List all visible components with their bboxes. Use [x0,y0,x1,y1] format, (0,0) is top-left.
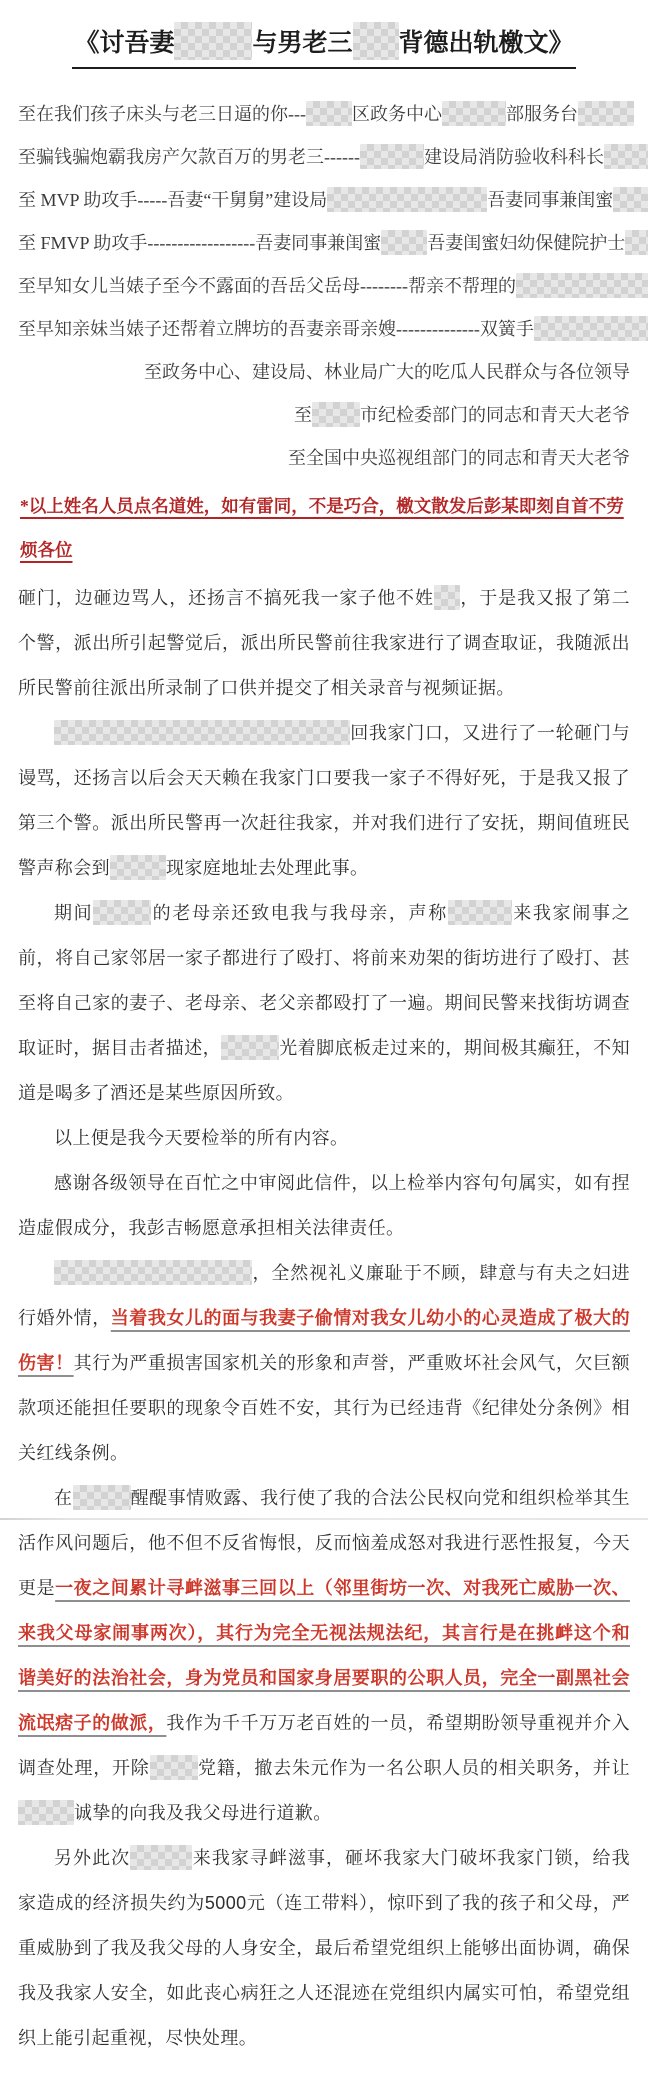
body-paragraph: 另外此次来我家寻衅滋事，砸坏我家大门破坏我家门锁，给我家造成的经济损失约为500… [18,1836,630,2061]
redacted-blur [174,22,252,60]
text-run: 砸门，边砸边骂人，还扬言不搞死我一家子他不姓 [18,588,434,608]
text-run: 部服务台 [506,104,578,124]
redacted-blur [93,900,151,925]
text-run: 背德出轨檄文》 [399,30,574,57]
text-run: 至早知女儿当婊子至今不露面的吾岳父岳母--------帮亲不帮理的 [18,276,516,296]
address-line: 至政务中心、建设局、林业局广大的吃瓜人民群众与各位领导 [18,351,630,394]
text-run: 现家庭地址去处理此事。 [166,858,368,878]
body-paragraph: 在醒醍事情败露、我行使了我的合法公民权向党和组织检举其生活作风问题后，他不但不反… [18,1476,630,1836]
text-run: 诚挚的向我及我父母进行道歉。 [74,1803,332,1823]
address-line: 至 MVP 助攻手-----吾妻“干舅舅”建设局吾妻同事兼闺蜜 [18,179,630,222]
redacted-blur [312,402,360,427]
text-run: 至骗钱骗炮霸我房产欠款百万的男老三------ [18,147,360,167]
address-line: 至全国中央巡视组部门的同志和青天大老爷 [18,437,630,480]
redacted-blur [54,1260,252,1285]
document-page: 《讨吾妻与男老三背德出轨檄文》 至在我们孩子床头与老三日逼的你---区政务中心部… [0,0,648,2082]
address-block: 至在我们孩子床头与老三日逼的你---区政务中心部服务台至骗钱骗炮霸我房产欠款百万… [0,93,648,480]
redacted-blur [434,585,460,610]
redacted-blur [625,230,648,255]
text-run: 来我家闹事之前，将自己家邻居一家子都进行了殴打、将前来劝架的街坊进行了殴打、甚至… [18,903,630,1058]
text-run: 至 MVP 助攻手-----吾妻“干舅舅”建设局 [18,190,327,210]
redacted-blur [381,230,427,255]
redacted-blur [327,187,487,212]
redacted-blur [448,900,512,925]
text-run: 党籍，撤去朱元作为一名公职人员的相关职务，并让 [198,1758,630,1778]
highlighted-red-text: 一夜之间累计寻衅滋事三回以上（邻里街坊一次、对我死亡威胁一次、来我父母家闹事两次… [18,1578,630,1733]
body-paragraph: 砸门，边砸边骂人，还扬言不搞死我一家子他不姓，于是我又报了第二个警，派出所引起警… [18,576,630,711]
redacted-blur [353,22,399,60]
text-run: 另外此次 [54,1848,130,1868]
body-paragraph: 以上便是我今天要检举的所有内容。 [18,1116,630,1161]
warning-line-text: *以上姓名人员点名道姓，如有雷同，不是巧合，檄文散发后彭某即刻自首不劳烦各位 [20,496,624,560]
address-line: 至在我们孩子床头与老三日逼的你---区政务中心部服务台 [18,93,630,136]
redacted-blur [18,1800,74,1825]
redacted-blur [110,855,166,880]
text-run: 以上便是我今天要检举的所有内容。 [54,1128,348,1148]
text-run: 建设局消防验收科科长 [424,147,604,167]
redacted-blur [221,1035,279,1060]
redacted-blur [306,101,352,126]
redacted-blur [150,1755,198,1780]
address-line: 至市纪检委部门的同志和青天大老爷 [18,394,630,437]
redacted-blur [54,720,350,745]
text-run: 至 [294,405,312,425]
text-run: 感谢各级领导在百忙之中审阅此信件，以上检举内容句句属实，如有捏造虚假成分，我彭吉… [18,1173,630,1238]
body-paragraph: 感谢各级领导在百忙之中审阅此信件，以上检举内容句句属实，如有捏造虚假成分，我彭吉… [18,1161,630,1251]
address-line: 至 FMVP 助攻手------------------吾妻同事兼闺蜜吾妻闺蜜妇… [18,222,630,265]
body-paragraph: 期间的老母亲还致电我与我母亲，声称来我家闹事之前，将自己家邻居一家子都进行了殴打… [18,891,630,1116]
document-body: 砸门，边砸边骂人，还扬言不搞死我一家子他不姓，于是我又报了第二个警，派出所引起警… [0,572,648,2061]
text-run: 来我家寻衅滋事，砸坏我家大门破坏我家门锁，给我家造成的经济损失约为5000元（连… [18,1848,630,2048]
redacted-blur [73,1485,131,1510]
address-line: 至早知女儿当婊子至今不露面的吾岳父岳母--------帮亲不帮理的 [18,265,630,308]
document-title: 《讨吾妻与男老三背德出轨檄文》 [18,22,630,69]
text-run: 至早知亲妹当婊子还帮着立牌坊的吾妻亲哥亲嫂--------------双簧手 [18,319,534,339]
text-run: 其行为严重损害国家机关的形象和声誉，严重败坏社会风气，欠巨额款项还能担任要职的现… [18,1353,630,1463]
text-run: 至在我们孩子床头与老三日逼的你--- [18,104,306,124]
address-line: 至早知亲妹当婊子还帮着立牌坊的吾妻亲哥亲嫂--------------双簧手 [18,308,630,351]
text-run: 至 FMVP 助攻手------------------吾妻同事兼闺蜜 [18,233,381,253]
text-run: 期间 [54,903,93,923]
redacted-blur [604,144,648,169]
text-run: 至政务中心、建设局、林业局广大的吃瓜人民群众与各位领导 [144,362,630,382]
redacted-blur [613,187,648,212]
address-line: 至骗钱骗炮霸我房产欠款百万的男老三------建设局消防验收科科长 [18,136,630,179]
document-title-text: 《讨吾妻与男老三背德出轨檄文》 [72,22,575,69]
redacted-blur [442,101,506,126]
text-run: 与男老三 [252,30,352,57]
text-run: 市纪检委部门的同志和青天大老爷 [360,405,630,425]
text-run: 的老母亲还致电我与我母亲，声称 [151,903,448,923]
text-run: 在 [54,1488,73,1508]
warning-line: *以上姓名人员点名道姓，如有雷同，不是巧合，檄文散发后彭某即刻自首不劳烦各位 [20,484,630,572]
redacted-blur [534,316,648,341]
redacted-blur [516,273,648,298]
text-run: 《讨吾妻 [74,30,174,57]
body-paragraph: ，全然视礼义廉耻于不顾，肆意与有夫之妇进行婚外情，当着我女儿的面与我妻子偷情对我… [18,1251,630,1476]
redacted-blur [130,1845,192,1870]
text-run: 区政务中心 [352,104,442,124]
body-paragraph: 回我家门口，又进行了一轮砸门与谩骂，还扬言以后会天天赖在我家门口要我一家子不得好… [18,711,630,891]
page-seam-line [0,1518,648,1520]
text-run: 吾妻闺蜜妇幼保健院护士 [427,233,625,253]
text-run: 吾妻同事兼闺蜜 [487,190,613,210]
redacted-blur [360,144,424,169]
redacted-blur [578,101,634,126]
text-run: 至全国中央巡视组部门的同志和青天大老爷 [288,448,630,468]
